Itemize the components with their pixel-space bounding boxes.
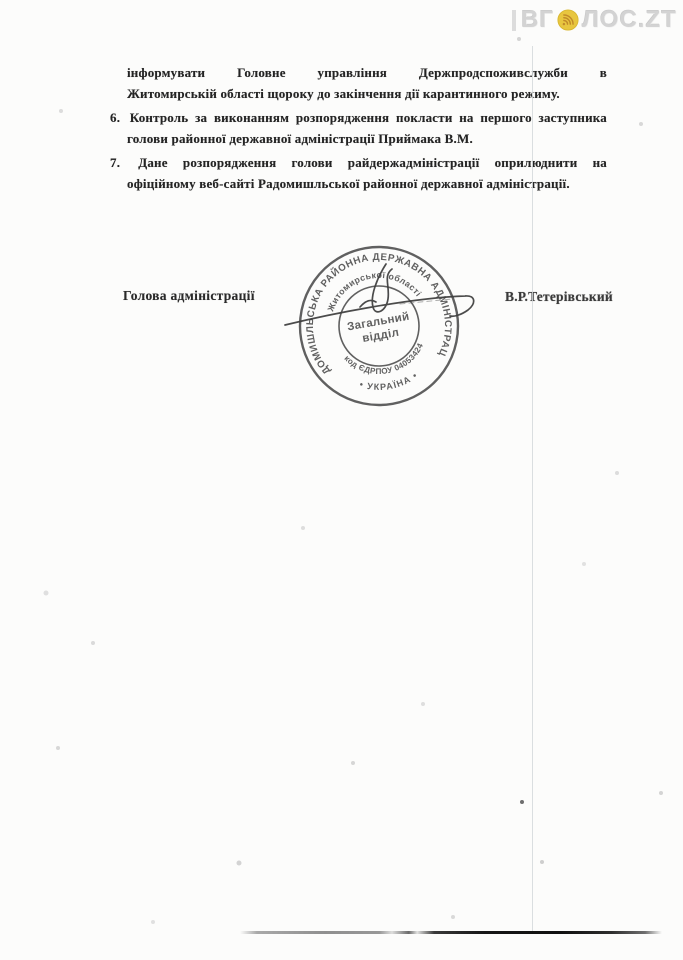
signatory-title: Голова адміністрації [123,288,255,304]
list-item-7-line-2: офіційному веб-сайті Радомишльської райо… [127,173,607,194]
item-text: Контроль за виконанням розпорядження пок… [130,110,607,125]
broadcast-o-icon [557,9,579,31]
vgolos-zt-watermark: ВГ ЛОС.ZT [512,4,677,36]
watermark-prefix: ВГ [521,6,554,34]
paragraph-line: інформувати Головне управління Держпродс… [127,62,607,83]
item-text: Дане розпорядження голови райдержадмініс… [138,155,607,170]
item-number: 6. [110,107,123,128]
scan-noise-specks [0,0,2,2]
list-item-6-line-2: голови районної державної адміністрації … [127,128,607,149]
scanned-document-page: ВГ ЛОС.ZT інформувати Головне управління… [0,0,683,960]
paragraph-line: Житомирській області щороку до закінченн… [127,83,607,104]
item-number: 7. [110,152,123,173]
watermark-suffix: ЛОС.ZT [582,6,677,34]
handwritten-signature [240,252,530,352]
watermark-bar [512,10,516,31]
scan-vertical-line-artifact [532,46,533,934]
scan-bottom-line-artifact [240,931,662,934]
